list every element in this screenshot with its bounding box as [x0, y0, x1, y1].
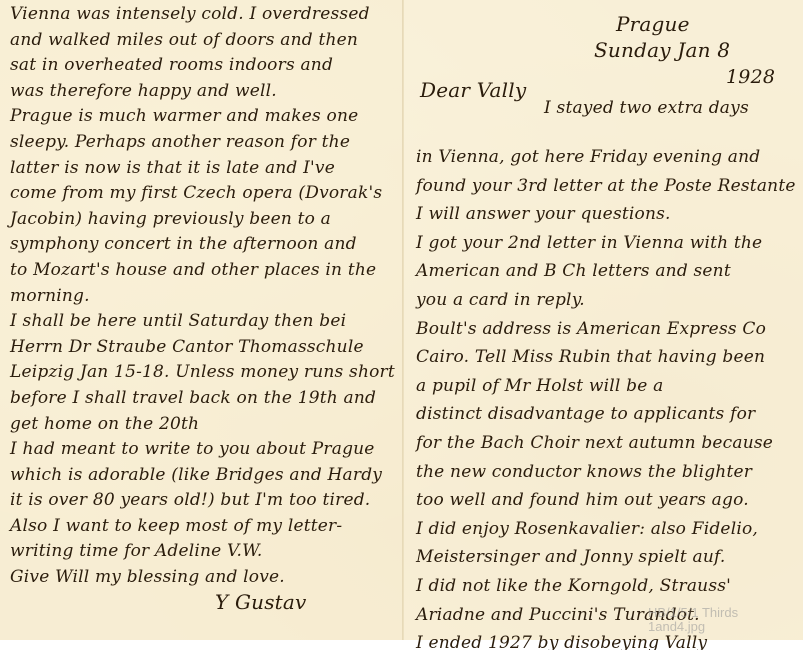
text-line: come from my first Czech opera (Dvorak's	[10, 181, 395, 207]
watermark-line: HB/1/5/1 Thirds	[648, 606, 738, 620]
text-line: a pupil of Mr Holst will be a	[416, 372, 796, 401]
text-line: Leipzig Jan 15-18. Unless money runs sho…	[10, 360, 395, 386]
text-line: writing time for Adeline V.W.	[10, 539, 395, 565]
text-line: Meistersinger and Jonny spielt auf.	[416, 543, 796, 572]
text-line: I will answer your questions.	[416, 200, 796, 229]
text-line: too well and found him out years ago.	[416, 486, 796, 515]
letter-year: 1928	[726, 66, 775, 88]
text-line: sat in overheated rooms indoors and	[10, 53, 395, 79]
text-line: the new conductor knows the blighter	[416, 458, 796, 487]
salutation: Dear Vally	[420, 78, 526, 102]
text-line: Ariadne and Puccini's Turandot.	[416, 601, 796, 630]
letter-scan: Vienna was intensely cold. I overdressed…	[0, 0, 803, 640]
left-page: Vienna was intensely cold. I overdressed…	[0, 0, 403, 640]
text-line: Vienna was intensely cold. I overdressed	[10, 2, 395, 28]
text-line: latter is now is that it is late and I'v…	[10, 156, 395, 182]
text-line: Also I want to keep most of my letter-	[10, 514, 395, 540]
text-line: Boult's address is American Express Co	[416, 315, 796, 344]
letter-place: Prague	[616, 12, 690, 36]
text-line: I did not like the Korngold, Strauss'	[416, 572, 796, 601]
text-line: American and B Ch letters and sent	[416, 257, 796, 286]
text-line: you a card in reply.	[416, 286, 796, 315]
text-line: I had meant to write to you about Prague	[10, 437, 395, 463]
letter-date: Sunday Jan 8	[594, 38, 730, 62]
watermark: HB/1/5/1 Thirds 1and4.jpg	[648, 606, 738, 634]
text-line: symphony concert in the afternoon and	[10, 232, 395, 258]
text-line: it is over 80 years old!) but I'm too ti…	[10, 488, 395, 514]
text-line: which is adorable (like Bridges and Hard…	[10, 463, 395, 489]
text-line: in Vienna, got here Friday evening and	[416, 143, 796, 172]
text-line: sleepy. Perhaps another reason for the	[10, 130, 395, 156]
text-line: distinct disadvantage to applicants for	[416, 400, 796, 429]
text-line: Prague is much warmer and makes one	[10, 104, 395, 130]
text-line: get home on the 20th	[10, 412, 395, 438]
text-line: I shall be here until Saturday then bei	[10, 309, 395, 335]
text-line: Give Will my blessing and love.	[10, 565, 395, 591]
signature: Y Gustav	[215, 590, 307, 614]
text-line: to Mozart's house and other places in th…	[10, 258, 395, 284]
left-page-text: Vienna was intensely cold. I overdressed…	[10, 2, 395, 591]
right-page-text: in Vienna, got here Friday evening and f…	[416, 143, 796, 650]
text-line: I did enjoy Rosenkavalier: also Fidelio,	[416, 515, 796, 544]
text-line: before I shall travel back on the 19th a…	[10, 386, 395, 412]
text-line: I ended 1927 by disobeying Vally	[416, 629, 796, 650]
text-line: and walked miles out of doors and then	[10, 28, 395, 54]
text-line: for the Bach Choir next autumn because	[416, 429, 796, 458]
text-line: I got your 2nd letter in Vienna with the	[416, 229, 796, 258]
text-line: was therefore happy and well.	[10, 79, 395, 105]
text-line: morning.	[10, 284, 395, 310]
text-line: Cairo. Tell Miss Rubin that having been	[416, 343, 796, 372]
watermark-line: 1and4.jpg	[648, 620, 738, 634]
text-line: Herrn Dr Straube Cantor Thomasschule	[10, 335, 395, 361]
text-line: found your 3rd letter at the Poste Resta…	[416, 172, 796, 201]
text-line: Jacobin) having previously been to a	[10, 207, 395, 233]
right-page: Prague Sunday Jan 8 1928 Dear Vally I st…	[404, 0, 803, 640]
